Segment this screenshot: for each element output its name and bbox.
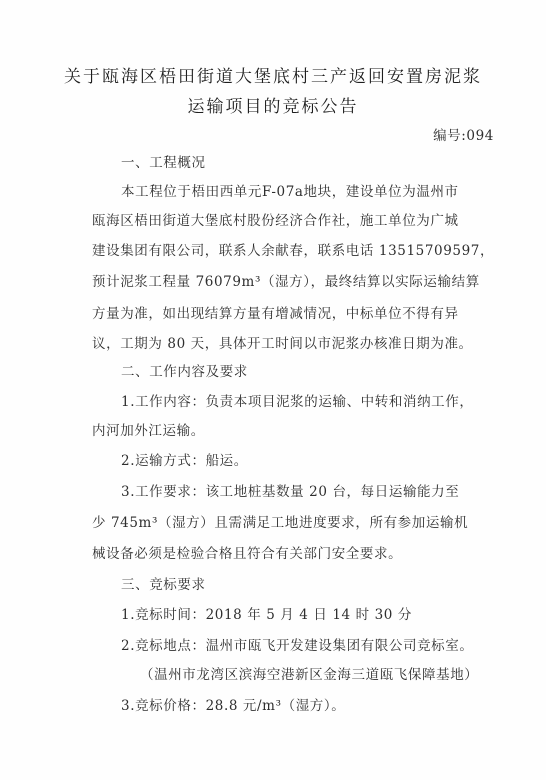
list-item-line: （温州市龙湾区滨海空港新区金海三道瓯飞保障基地） bbox=[140, 663, 478, 683]
list-item-line: 3.竞标价格：28.8 元/m³（湿方）。 bbox=[121, 694, 345, 714]
list-item-line: 1.工作内容：负责本项目泥浆的运输、中转和消纳工作， bbox=[121, 390, 473, 410]
document-number: 编号:094 bbox=[433, 124, 494, 144]
list-item-line: 1.竞标时间：2018 年 5 月 4 日 14 时 30 分 bbox=[121, 603, 412, 623]
paragraph-line: 瓯海区梧田街道大堡底村股份经济合作社，施工单位为广城 bbox=[92, 209, 459, 229]
list-item-line: 内河加外江运输。 bbox=[92, 419, 205, 439]
document-page: 关于瓯海区梧田街道大堡底村三产返回安置房泥浆 运输项目的竞标公告 编号:094 … bbox=[0, 0, 546, 780]
paragraph-line: 本工程位于梧田西单元F-07a地块，建设单位为温州市 bbox=[121, 180, 459, 200]
paragraph-line: 议，工期为 80 天，具体开工时间以市泥浆办核准日期为准。 bbox=[92, 332, 473, 352]
list-item-line: 少 745m³（湿方）且需满足工地进度要求，所有参加运输机 bbox=[92, 511, 468, 531]
paragraph-line: 方量为准，如出现结算方量有增减情况，中标单位不得有异 bbox=[92, 302, 459, 322]
section-heading-overview: 一、工程概况 bbox=[121, 151, 206, 171]
list-item-line: 3.工作要求：该工地桩基数量 20 台，每日运输能力至 bbox=[121, 480, 459, 500]
document-title-line1: 关于瓯海区梧田街道大堡底村三产返回安置房泥浆 bbox=[0, 62, 546, 87]
list-item-line: 2.运输方式：船运。 bbox=[121, 449, 248, 469]
list-item-line: 2.竞标地点：温州市瓯飞开发建设集团有限公司竞标室。 bbox=[121, 634, 473, 654]
section-heading-work: 二、工作内容及要求 bbox=[121, 360, 248, 380]
list-item-line: 械设备必须是检验合格且符合有关部门安全要求。 bbox=[92, 542, 402, 562]
document-title-line2: 运输项目的竞标公告 bbox=[0, 92, 546, 117]
section-heading-bidding: 三、竞标要求 bbox=[121, 573, 206, 593]
paragraph-line: 建设集团有限公司，联系人余献春，联系电话 13515709597， bbox=[92, 239, 494, 259]
paragraph-line: 预计泥浆工程量 76079m³（湿方），最终结算以实际运输结算 bbox=[92, 270, 480, 290]
